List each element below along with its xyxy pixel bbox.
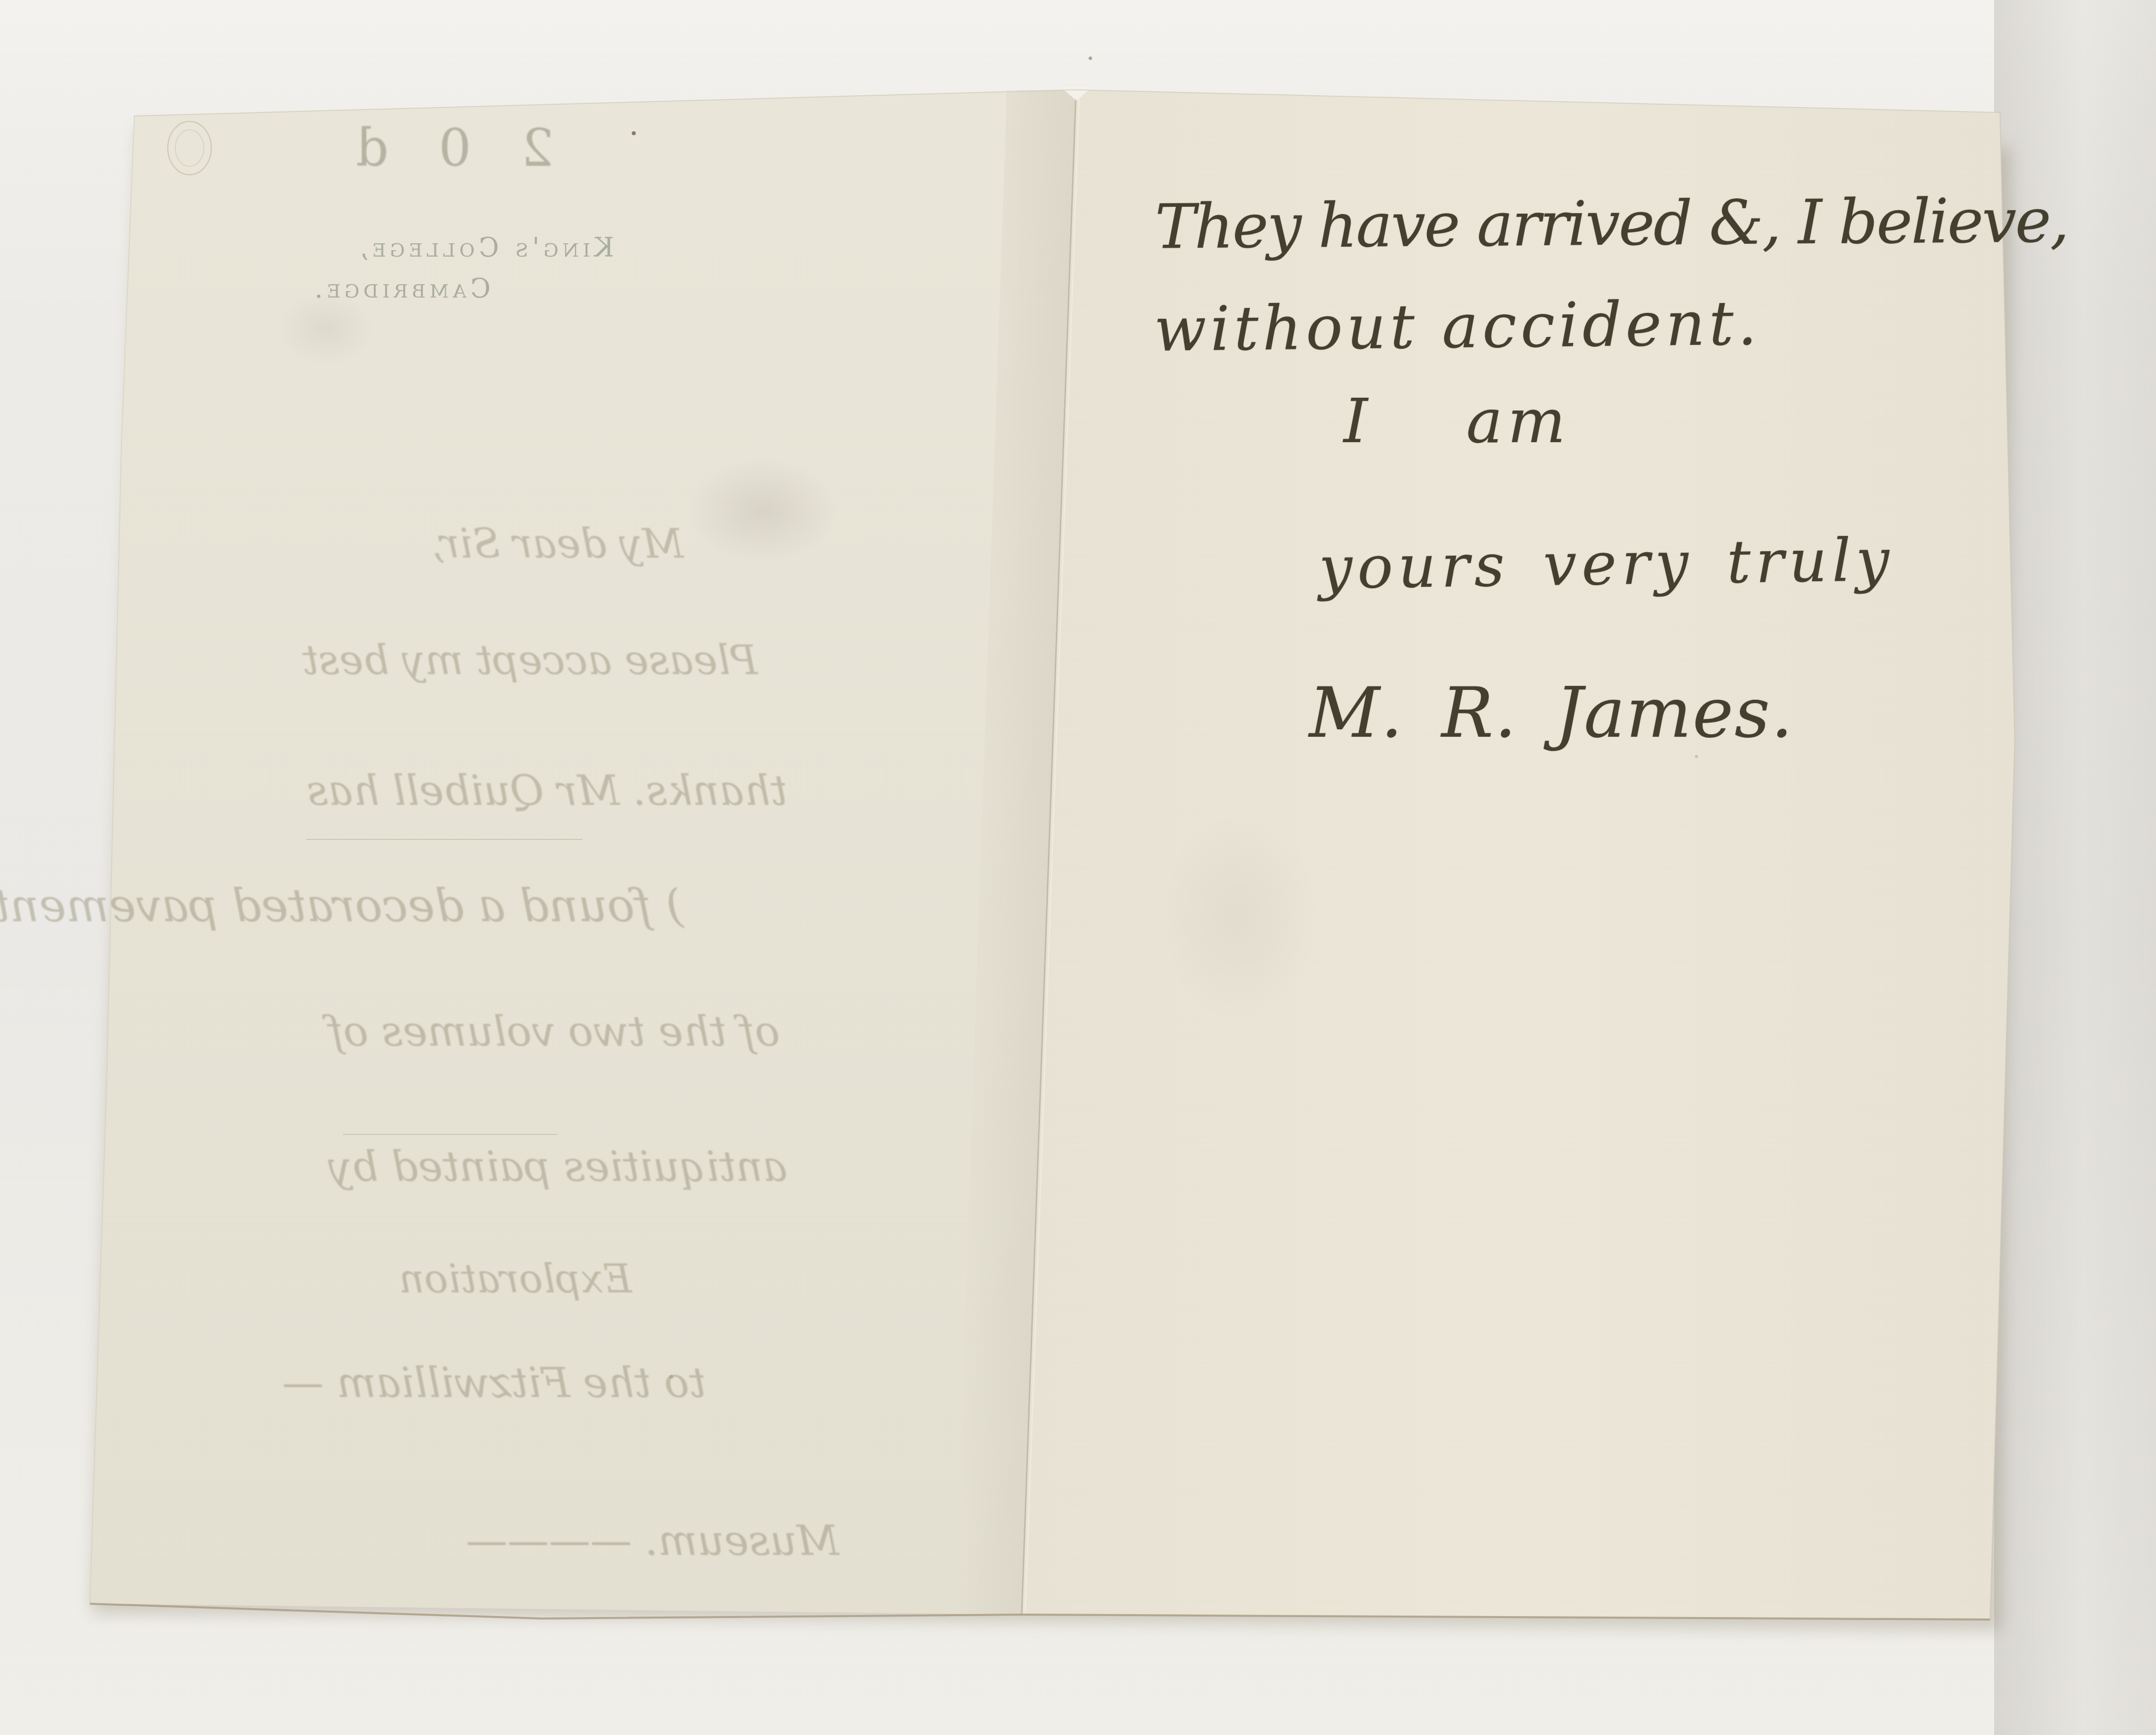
ghost-line: to the Fitzwilliam —	[114, 1362, 706, 1403]
paper-smudge	[276, 291, 375, 365]
letter-body-line-2: without accident.	[1154, 293, 1761, 361]
paper-speck	[632, 131, 636, 135]
paper-smudge	[1160, 814, 1318, 1021]
scanned-letter-photo: 2 0 d King's College, Cambridge. My dear…	[0, 0, 2156, 1735]
ghost-line: Please accept my best	[173, 641, 758, 681]
ghost-line: of the two volumes of	[173, 1011, 780, 1052]
ghost-letterhead-college: King's College,	[295, 232, 614, 263]
paper-speck	[1089, 57, 1092, 60]
paper-speck	[1695, 755, 1698, 758]
signature-m-r-james: M. R. James.	[1309, 679, 1794, 748]
ghost-line: ) found a decorated pavement	[116, 883, 684, 929]
ghost-line: Museum. ————	[114, 1520, 839, 1561]
ghost-line: Exploration	[306, 1259, 632, 1299]
letter-body-line-1: They have arrived &, I believe,	[1155, 190, 2068, 258]
ghost-line: thanks. Mr Quibell has	[299, 770, 787, 811]
letter-closing-i-am: I am	[1344, 391, 1571, 452]
ghost-line: My dear Sir,	[306, 524, 684, 565]
paper-smudge	[689, 459, 837, 563]
ghost-line: antiquities painted by	[306, 1146, 787, 1187]
ghost-underline	[306, 839, 582, 840]
ghost-folio-number: 2 0 d	[388, 122, 554, 174]
letter-closing-yours-very-truly: yours very truly	[1318, 531, 1894, 598]
ghost-crease-rule	[343, 1134, 558, 1135]
